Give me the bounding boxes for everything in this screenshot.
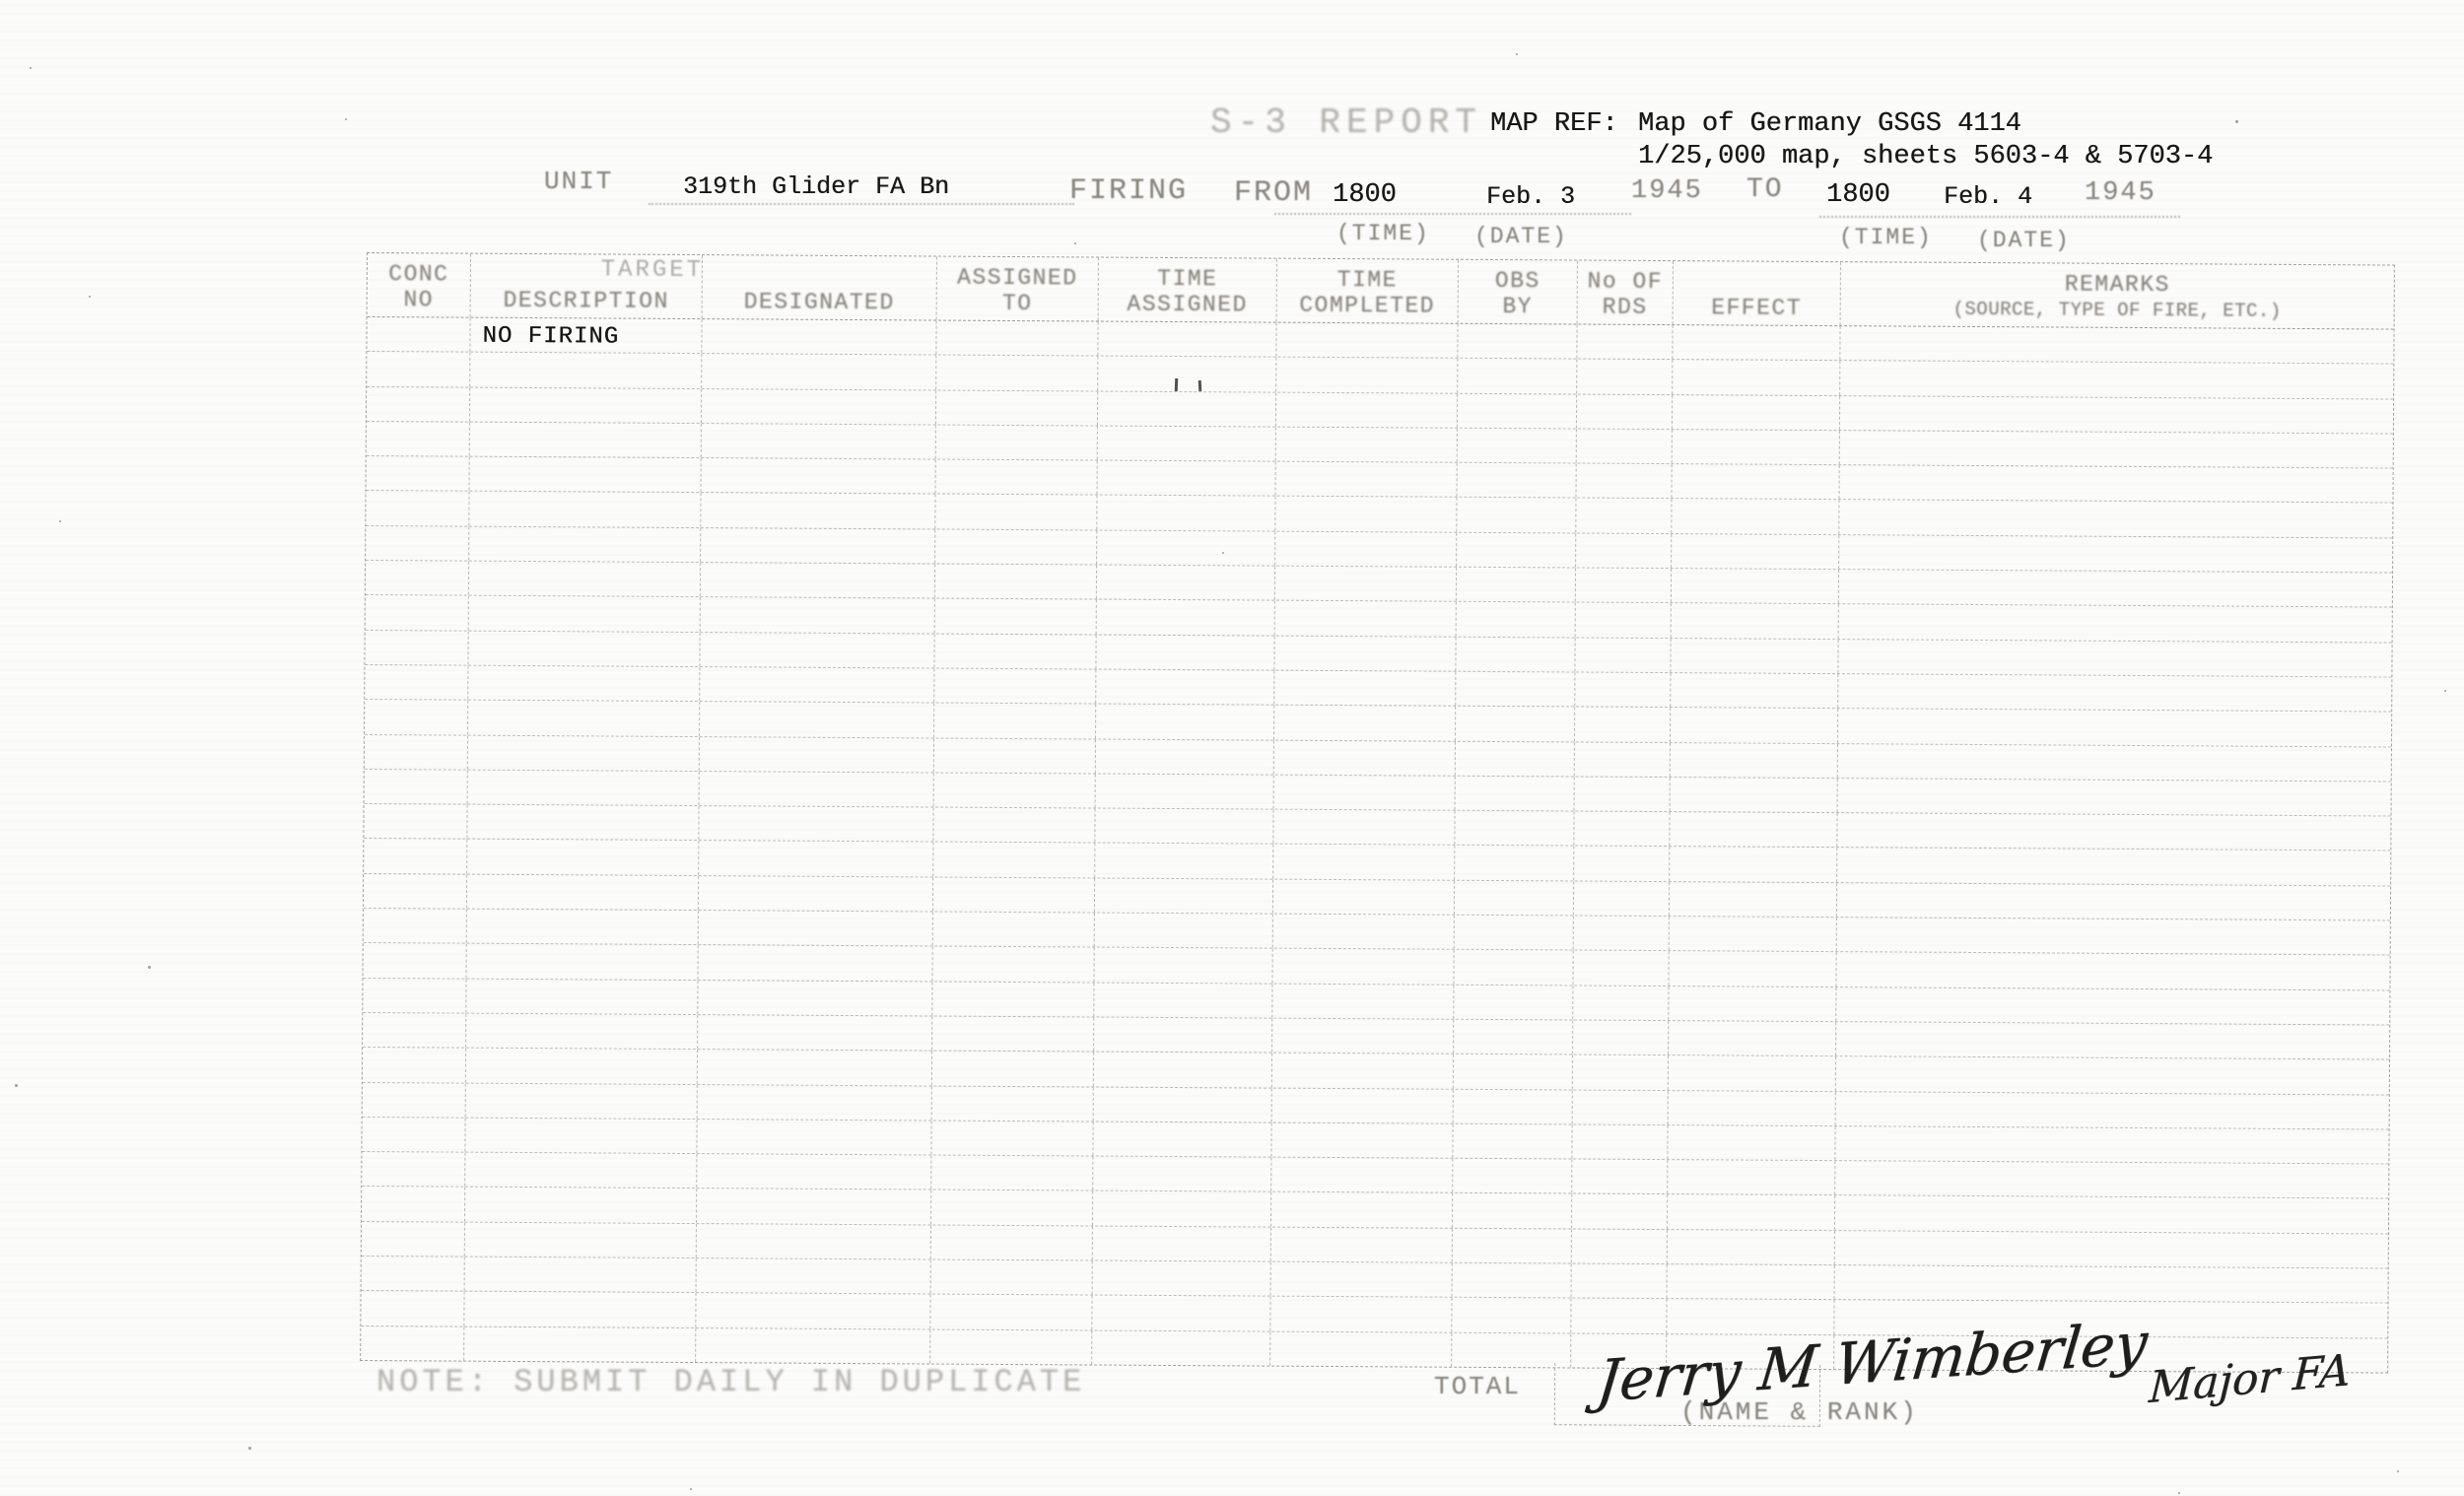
time-caption-from-ghost: (TIME)	[1336, 221, 1430, 246]
table-cell	[701, 494, 935, 529]
table-cell	[1577, 464, 1673, 499]
table-cell	[1276, 462, 1458, 497]
table-cell	[1457, 568, 1576, 602]
table-cell	[1574, 812, 1670, 847]
table-cell	[1274, 671, 1456, 706]
header-line1: TIME	[1337, 267, 1398, 293]
table-cell	[1453, 1228, 1572, 1262]
table-cell	[935, 599, 1097, 634]
table-cell	[1093, 1157, 1271, 1191]
table-cell	[1456, 672, 1575, 707]
header-line2: ASSIGNED	[1127, 292, 1248, 318]
table-cell	[469, 492, 701, 527]
table-cell	[1669, 1091, 1836, 1125]
table-cell	[365, 700, 468, 734]
table-body: NO FIRING	[361, 317, 2393, 1372]
table-cell	[1098, 426, 1276, 460]
table-cell	[1838, 709, 2391, 746]
table-cell	[1673, 395, 1840, 430]
firing-label-ghost: FIRING	[1069, 174, 1188, 208]
date-to-value: Feb. 4	[1944, 182, 2032, 211]
year-to-ghost: 1945	[2085, 178, 2156, 208]
table-cell	[1574, 917, 1670, 951]
table-cell	[467, 944, 699, 980]
table-cell	[1457, 602, 1576, 637]
table-cell	[1575, 708, 1671, 742]
table-cell	[932, 947, 1094, 982]
table-cell	[1836, 1022, 2389, 1059]
table-cell	[700, 772, 934, 807]
table-cell	[366, 595, 469, 630]
table-cell	[1275, 601, 1457, 636]
table-cell	[1452, 1332, 1571, 1367]
table-cell	[361, 1326, 464, 1361]
table-cell	[1670, 882, 1837, 917]
table-cell	[934, 668, 1096, 703]
scan-speck	[2178, 1492, 2180, 1494]
table-cell	[1835, 1231, 2388, 1268]
header-line2: CONC NO	[368, 261, 470, 313]
table-cell	[1574, 847, 1670, 881]
table-cell	[934, 634, 1096, 668]
table-cell	[1274, 740, 1456, 775]
table-cell	[931, 1190, 1093, 1225]
table-cell	[1276, 428, 1458, 462]
table-cell	[1839, 535, 2392, 573]
table-cell	[469, 562, 701, 597]
table-cell	[366, 491, 469, 525]
table-cell	[701, 597, 935, 633]
header-line1: No OF	[1587, 269, 1663, 295]
table-cell	[1098, 357, 1276, 391]
table-cell	[1456, 637, 1575, 671]
table-cell	[1835, 1126, 2388, 1164]
table-cell	[1669, 1021, 1836, 1055]
firing-report-table: TARGET CONC NODESCRIPTIONDESIGNATEDASSIG…	[360, 252, 2395, 1373]
scan-speck	[1074, 242, 1076, 244]
table-cell	[1577, 429, 1673, 463]
table-cell	[1670, 917, 1837, 951]
table-cell	[1572, 1264, 1668, 1299]
table-cell	[699, 876, 933, 912]
unit-blank-line	[649, 203, 1074, 205]
table-cell	[361, 1291, 464, 1326]
table-cell	[934, 738, 1096, 773]
table-cell	[1271, 1192, 1453, 1227]
stray-mark	[1198, 380, 1202, 391]
table-cell	[364, 804, 467, 839]
table-cell	[1096, 705, 1274, 739]
table-cell	[1271, 1262, 1453, 1297]
time-to-value: 1800	[1826, 180, 1890, 210]
table-cell	[1273, 810, 1455, 845]
table-cell	[367, 387, 470, 422]
to-blank-line	[1819, 216, 2180, 218]
table-cell	[702, 458, 936, 494]
table-cell	[367, 422, 470, 456]
table-cell	[470, 457, 702, 493]
table-cell	[465, 1118, 697, 1153]
table-cell	[931, 1121, 1093, 1155]
header-line2: TO	[1002, 291, 1033, 316]
table-cell	[936, 390, 1098, 425]
table-cell	[698, 1085, 932, 1121]
table-cell	[1572, 1124, 1668, 1159]
table-cell	[1668, 1230, 1835, 1264]
table-cell	[467, 910, 699, 945]
map-ref-label: MAP REF:	[1490, 109, 1618, 139]
table-cell	[362, 1118, 465, 1152]
header-cell-5: TIMECOMPLETED	[1277, 259, 1459, 323]
table-cell	[1454, 950, 1573, 985]
table-cell	[1098, 391, 1276, 426]
table-cell	[1458, 359, 1577, 393]
table-cell	[364, 943, 467, 978]
table-cell	[1094, 1053, 1272, 1087]
table-cell	[1272, 984, 1454, 1018]
table-cell	[1274, 775, 1456, 809]
table-cell	[466, 1049, 698, 1084]
header-line2: COMPLETED	[1299, 293, 1435, 319]
table-cell	[1094, 1017, 1272, 1052]
table-cell	[1452, 1298, 1571, 1332]
table-cell	[936, 321, 1098, 356]
table-cell	[1573, 986, 1669, 1020]
table-cell	[466, 979, 698, 1014]
table-cell	[1098, 461, 1276, 496]
table-cell	[932, 1016, 1094, 1051]
table-cell	[468, 701, 700, 736]
table-cell	[1575, 672, 1671, 707]
table-cell	[1834, 1300, 2387, 1337]
table-cell	[1667, 1299, 1834, 1333]
scan-speck	[1516, 53, 1518, 55]
table-cell	[1838, 779, 2391, 816]
header-cell-2: DESIGNATED	[703, 255, 937, 319]
header-line2: (SOURCE, TYPE OF FIRE, ETC.)	[1952, 297, 2281, 324]
table-cell	[698, 1050, 932, 1085]
table-cell	[1672, 534, 1839, 569]
table-cell	[696, 1293, 930, 1328]
table-cell	[1669, 986, 1836, 1021]
table-cell	[362, 1257, 465, 1291]
table-cell	[930, 1329, 1092, 1364]
table-cell	[1094, 983, 1272, 1017]
table-cell	[934, 704, 1096, 738]
table-cell	[464, 1292, 696, 1327]
table-cell	[1834, 1335, 2387, 1373]
table-cell	[1455, 881, 1574, 916]
table-cell	[1836, 1092, 2389, 1129]
table-cell	[1093, 1226, 1271, 1260]
table-cell	[932, 1086, 1094, 1121]
table-cell	[1458, 429, 1577, 463]
table-cell	[1572, 1229, 1668, 1263]
table-cell	[1454, 1020, 1573, 1054]
table-cell	[366, 526, 469, 561]
time-caption-to-ghost: (TIME)	[1839, 225, 1933, 250]
table-cell	[932, 1052, 1094, 1086]
table-cell	[1575, 777, 1671, 811]
table-cell	[466, 1014, 698, 1050]
table-cell	[1671, 639, 1838, 673]
table-cell	[933, 843, 1095, 877]
table-cell	[365, 735, 468, 770]
table-cell	[1839, 465, 2392, 503]
table-cell	[1836, 952, 2389, 989]
table-cell	[702, 319, 936, 355]
table-cell	[1271, 1122, 1453, 1157]
table-cell	[1272, 949, 1454, 984]
from-blank-line	[1274, 213, 1631, 215]
table-cell	[933, 877, 1095, 912]
table-cell	[1573, 951, 1669, 986]
table-cell	[1575, 742, 1671, 777]
table-cell	[1836, 987, 2389, 1025]
table-cell	[1668, 1125, 1835, 1160]
table-cell	[1097, 530, 1275, 565]
table-cell	[1572, 1194, 1668, 1229]
table-cell	[1577, 325, 1673, 360]
no-firing-entry: NO FIRING	[482, 323, 619, 351]
table-cell	[1275, 497, 1457, 531]
unit-label-ghost: UNIT	[544, 167, 613, 196]
table-cell	[1097, 496, 1275, 530]
table-cell	[1092, 1296, 1270, 1330]
table-cell	[1098, 322, 1276, 357]
table-cell	[699, 911, 933, 946]
table-cell	[702, 389, 936, 425]
table-cell	[1454, 1054, 1573, 1089]
table-cell	[931, 1225, 1093, 1259]
table-cell	[1839, 501, 2392, 538]
table-cell	[1669, 1055, 1836, 1090]
table-cell	[698, 1015, 932, 1051]
table-cell	[465, 1188, 697, 1223]
table-cell	[465, 1153, 697, 1189]
table-cell	[935, 565, 1097, 599]
table-cell	[1839, 570, 2392, 607]
table-cell	[1275, 531, 1457, 566]
table-cell	[1668, 1160, 1835, 1194]
table-cell	[1576, 499, 1672, 533]
table-cell	[466, 1083, 698, 1119]
table-cell	[1837, 813, 2390, 850]
table-cell	[933, 808, 1095, 843]
unit-value: 319th Glider FA Bn	[683, 172, 949, 201]
table-cell	[1671, 708, 1838, 742]
table-cell	[1456, 707, 1575, 741]
header-cell-0: CONC NO	[368, 253, 471, 317]
table-cell	[1097, 566, 1275, 600]
table-cell	[1455, 811, 1574, 846]
table-cell	[1097, 600, 1275, 635]
scan-speck	[15, 1084, 18, 1087]
table-cell	[1272, 1019, 1454, 1054]
table-cell	[469, 526, 701, 562]
table-cell	[468, 631, 700, 666]
table-cell	[1457, 498, 1576, 532]
table-cell	[1270, 1331, 1452, 1366]
table-cell	[700, 667, 934, 703]
table-cell	[362, 1222, 465, 1257]
table-cell	[1096, 739, 1274, 774]
table-cell	[935, 495, 1097, 529]
name-rank-caption-ghost: (NAME & RANK)	[1680, 1397, 1919, 1427]
table-cell	[1453, 1159, 1572, 1193]
table-cell	[697, 1120, 931, 1155]
table-cell	[936, 460, 1098, 495]
table-cell	[1273, 915, 1455, 949]
table-cell	[697, 1189, 931, 1224]
table-cell	[1571, 1299, 1667, 1333]
table-cell	[701, 563, 935, 598]
table-cell	[1840, 396, 2393, 434]
table-cell	[1572, 1160, 1668, 1194]
table-cell	[470, 353, 702, 388]
table-cell	[1573, 1055, 1669, 1090]
stray-mark	[1175, 378, 1178, 391]
scan-speck	[2444, 690, 2446, 692]
table-cell	[364, 839, 467, 873]
table-cell	[365, 770, 468, 804]
table-cell	[1838, 744, 2391, 782]
table-cell	[1668, 1195, 1835, 1230]
table-cell	[363, 1048, 466, 1082]
map-ref-line2: 1/25,000 map, sheets 5603-4 & 5703-4	[1638, 142, 2213, 171]
table-cell	[933, 913, 1095, 947]
from-label-ghost: FROM	[1234, 176, 1313, 210]
table-cell	[700, 702, 934, 737]
header-line1: OBS	[1495, 268, 1540, 294]
table-cell	[1672, 603, 1839, 638]
table-cell	[468, 666, 700, 702]
header-cell-6: OBSBY	[1459, 260, 1578, 324]
scan-speck	[345, 118, 347, 120]
table-cell	[936, 356, 1098, 390]
table-cell	[935, 529, 1097, 564]
table-cell	[469, 596, 701, 632]
table-cell	[1574, 881, 1670, 916]
header-line1: ASSIGNED	[957, 265, 1078, 292]
scan-speck	[148, 966, 151, 969]
table-cell	[1673, 360, 1840, 394]
table-cell	[470, 423, 702, 458]
scan-speck	[2397, 1470, 2399, 1472]
table-cell	[932, 982, 1094, 1016]
table-cell	[1840, 326, 2393, 364]
table-cell	[1096, 635, 1274, 669]
scan-speck	[89, 296, 91, 298]
table-cell	[465, 1258, 697, 1293]
submit-note-ghost: NOTE: SUBMIT DAILY IN DUPLICATE	[376, 1364, 1085, 1400]
table-cell	[365, 665, 468, 700]
table-cell	[934, 773, 1096, 807]
table-cell	[1095, 878, 1273, 913]
header-line1: REMARKS	[2065, 272, 2170, 299]
table-cell	[464, 1326, 696, 1362]
scan-speck	[59, 520, 61, 522]
to-label-ghost: TO	[1746, 174, 1784, 205]
table-cell	[1576, 533, 1672, 568]
table-cell	[1577, 360, 1673, 394]
table-cell	[1272, 1054, 1454, 1088]
table-cell	[931, 1260, 1093, 1295]
table-cell	[1093, 1191, 1271, 1226]
table-cell	[1838, 640, 2391, 677]
table-cell	[363, 979, 466, 1013]
table-cell	[697, 1224, 931, 1259]
table-cell	[1573, 1090, 1669, 1124]
header-cell-7: No OFRDS	[1578, 261, 1674, 325]
header-cell-3: ASSIGNEDTO	[937, 257, 1099, 321]
header-cell-4: TIMEASSIGNED	[1099, 258, 1277, 322]
year-from-ghost: 1945	[1631, 176, 1703, 206]
table-cell	[1671, 778, 1838, 812]
table-cell	[1095, 844, 1273, 878]
table-cell	[1273, 879, 1455, 914]
table-cell	[1093, 1261, 1271, 1296]
table-cell	[1275, 567, 1457, 601]
scan-speck	[690, 1488, 692, 1490]
header-line2: DESIGNATED	[744, 289, 895, 315]
table-cell	[1840, 431, 2393, 468]
table-cell	[700, 633, 934, 668]
table-cell	[1837, 849, 2390, 886]
table-cell	[1453, 1124, 1572, 1159]
table-cell	[1454, 985, 1573, 1019]
date-caption-to-ghost: (DATE)	[1977, 228, 2071, 253]
table-cell	[468, 770, 700, 805]
table-cell	[931, 1156, 1093, 1190]
table-cell	[367, 317, 470, 352]
table-cell	[1670, 848, 1837, 882]
table-cell	[1576, 569, 1672, 603]
table-cell	[1271, 1227, 1453, 1261]
header-cell-9: REMARKS(SOURCE, TYPE OF FIRE, ETC.)	[1841, 262, 2394, 328]
table-cell	[1577, 394, 1673, 429]
date-caption-from-ghost: (DATE)	[1474, 224, 1568, 249]
total-label-ghost: TOTAL	[1434, 1372, 1521, 1401]
table-cell	[1672, 569, 1839, 603]
table-cell	[1671, 743, 1838, 778]
table-cell	[1271, 1158, 1453, 1192]
table-cell	[701, 528, 935, 564]
table-cell	[366, 561, 469, 595]
table-cell	[1672, 500, 1839, 534]
table-cell	[367, 352, 470, 386]
table-cell	[1840, 361, 2393, 398]
header-line2: BY	[1502, 294, 1533, 319]
header-line2: RDS	[1603, 295, 1648, 320]
table-cell	[1454, 1089, 1573, 1123]
table-cell	[1453, 1263, 1572, 1298]
table-cell	[1835, 1161, 2388, 1198]
table-cell	[1458, 393, 1577, 428]
table-cell	[1455, 846, 1574, 880]
table-cell	[698, 945, 932, 981]
table-cell	[699, 842, 933, 877]
table-cell	[930, 1295, 1092, 1329]
table-cell	[1670, 812, 1837, 847]
time-from-value: 1800	[1333, 180, 1397, 210]
table-cell	[364, 874, 467, 909]
table-cell	[1273, 845, 1455, 879]
header-cell-8: EFFECT	[1674, 261, 1841, 325]
header-line2: EFFECT	[1711, 295, 1802, 321]
table-cell	[1276, 392, 1458, 427]
table-cell	[1668, 1264, 1835, 1299]
